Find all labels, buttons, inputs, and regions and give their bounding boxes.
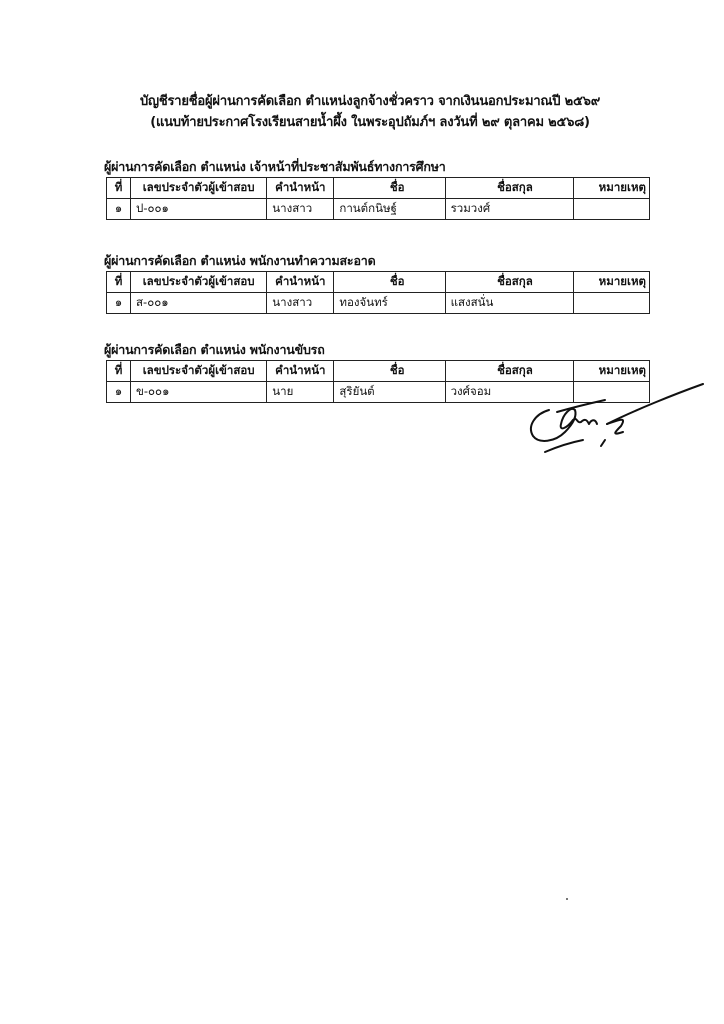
cell-no: ๑ — [107, 199, 131, 220]
header-surname: ชื่อสกุล — [445, 178, 573, 199]
header-note: หมายเหตุ — [573, 178, 649, 199]
table-row: ๑ ป-๐๐๑ นางสาว กานต์กนิษฐ์ รวมวงศ์ — [107, 199, 650, 220]
header-prefix: คำนำหน้า — [267, 272, 334, 293]
header-surname: ชื่อสกุล — [445, 272, 573, 293]
header-note: หมายเหตุ — [573, 361, 649, 382]
header-no: ที่ — [107, 272, 131, 293]
document-title: บัญชีรายชื่อผู้ผ่านการคัดเลือก ตำแหน่งลู… — [8, 92, 724, 112]
table-header-row: ที่ เลขประจำตัวผู้เข้าสอบ คำนำหน้า ชื่อ … — [107, 178, 650, 199]
section-title: ผู้ผ่านการคัดเลือก ตำแหน่ง พนักงานขับรถ — [104, 341, 650, 360]
header-first-name: ชื่อ — [334, 272, 445, 293]
header-exam-id: เลขประจำตัวผู้เข้าสอบ — [131, 178, 267, 199]
header-note: หมายเหตุ — [573, 272, 649, 293]
signature-icon — [515, 380, 715, 460]
section-cleaner: ผู้ผ่านการคัดเลือก ตำแหน่ง พนักงานทำความ… — [104, 252, 650, 314]
section-title: ผู้ผ่านการคัดเลือก ตำแหน่ง เจ้าหน้าที่ปร… — [104, 158, 650, 177]
section-title: ผู้ผ่านการคัดเลือก ตำแหน่ง พนักงานทำความ… — [104, 252, 650, 271]
header-first-name: ชื่อ — [334, 178, 445, 199]
table-header-row: ที่ เลขประจำตัวผู้เข้าสอบ คำนำหน้า ชื่อ … — [107, 272, 650, 293]
header-exam-id: เลขประจำตัวผู้เข้าสอบ — [131, 272, 267, 293]
cell-prefix: นาย — [267, 382, 334, 403]
header-prefix: คำนำหน้า — [267, 178, 334, 199]
cell-surname: แสงสนั่น — [445, 293, 573, 314]
cell-no: ๑ — [107, 293, 131, 314]
document-subtitle: (แนบท้ายประกาศโรงเรียนสายน้ำผึ้ง ในพระอุ… — [8, 113, 724, 133]
cell-exam-id: ป-๐๐๑ — [131, 199, 267, 220]
scan-speck — [566, 898, 568, 900]
section-pr-officer: ผู้ผ่านการคัดเลือก ตำแหน่ง เจ้าหน้าที่ปร… — [104, 158, 650, 220]
cell-first-name: สุริยันต์ — [334, 382, 445, 403]
table-header-row: ที่ เลขประจำตัวผู้เข้าสอบ คำนำหน้า ชื่อ … — [107, 361, 650, 382]
cell-first-name: ทองจันทร์ — [334, 293, 445, 314]
header-prefix: คำนำหน้า — [267, 361, 334, 382]
table-row: ๑ ส-๐๐๑ นางสาว ทองจันทร์ แสงสนั่น — [107, 293, 650, 314]
cell-prefix: นางสาว — [267, 199, 334, 220]
results-table: ที่ เลขประจำตัวผู้เข้าสอบ คำนำหน้า ชื่อ … — [106, 271, 650, 314]
cell-note — [573, 199, 649, 220]
cell-first-name: กานต์กนิษฐ์ — [334, 199, 445, 220]
cell-no: ๑ — [107, 382, 131, 403]
cell-note — [573, 293, 649, 314]
cell-prefix: นางสาว — [267, 293, 334, 314]
cell-surname: รวมวงศ์ — [445, 199, 573, 220]
header-surname: ชื่อสกุล — [445, 361, 573, 382]
cell-exam-id: ส-๐๐๑ — [131, 293, 267, 314]
header-exam-id: เลขประจำตัวผู้เข้าสอบ — [131, 361, 267, 382]
header-no: ที่ — [107, 361, 131, 382]
header-no: ที่ — [107, 178, 131, 199]
cell-exam-id: ข-๐๐๑ — [131, 382, 267, 403]
header-first-name: ชื่อ — [334, 361, 445, 382]
results-table: ที่ เลขประจำตัวผู้เข้าสอบ คำนำหน้า ชื่อ … — [106, 177, 650, 220]
